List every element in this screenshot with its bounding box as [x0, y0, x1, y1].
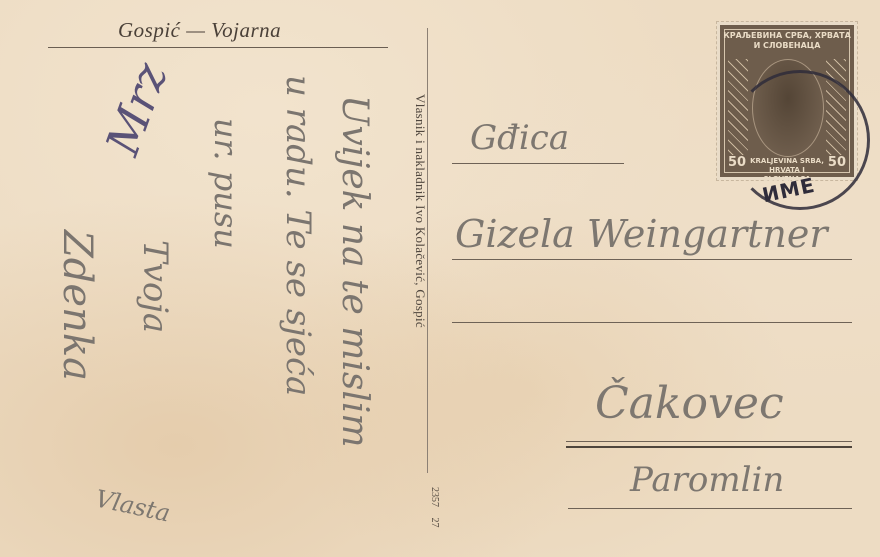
address-line-2	[452, 259, 852, 260]
catalog-number: 2357 27	[429, 487, 440, 547]
message-line-2: u radu. Te se sjeća	[278, 75, 318, 396]
address-line-4-double	[566, 446, 852, 448]
postcard-title: Gospić — Vojarna	[118, 18, 281, 43]
address-street: Paromlin	[630, 460, 784, 500]
message-signature-2: Vlasta	[93, 484, 173, 527]
address-city: Čakovec	[595, 378, 784, 429]
address-line-1	[452, 163, 624, 164]
message-line-4: Tvoja	[135, 240, 175, 333]
message-line-1: Uvijek na te mislim	[334, 95, 375, 448]
publisher-imprint: Vlasnik i nakladnik Ivo Kolačević, Gospi…	[408, 94, 428, 474]
address-salutation: Gđica	[470, 118, 569, 158]
stamp-top-text: КРАЉЕВИНА СРБА, ХРВАТА И СЛОВЕНАЦА	[720, 31, 854, 51]
title-rule	[48, 47, 388, 48]
postcard: Gospić — Vojarna Vlasnik i nakladnik Ivo…	[0, 0, 880, 557]
message-signature: Zdenka	[54, 230, 100, 381]
address-line-4	[566, 441, 852, 442]
address-recipient: Gizela Weingartner	[455, 212, 828, 256]
ink-mark: Mrz	[95, 56, 178, 162]
address-line-3	[452, 322, 852, 323]
address-line-5	[568, 508, 852, 509]
message-line-3: ur. pusu	[207, 118, 245, 249]
